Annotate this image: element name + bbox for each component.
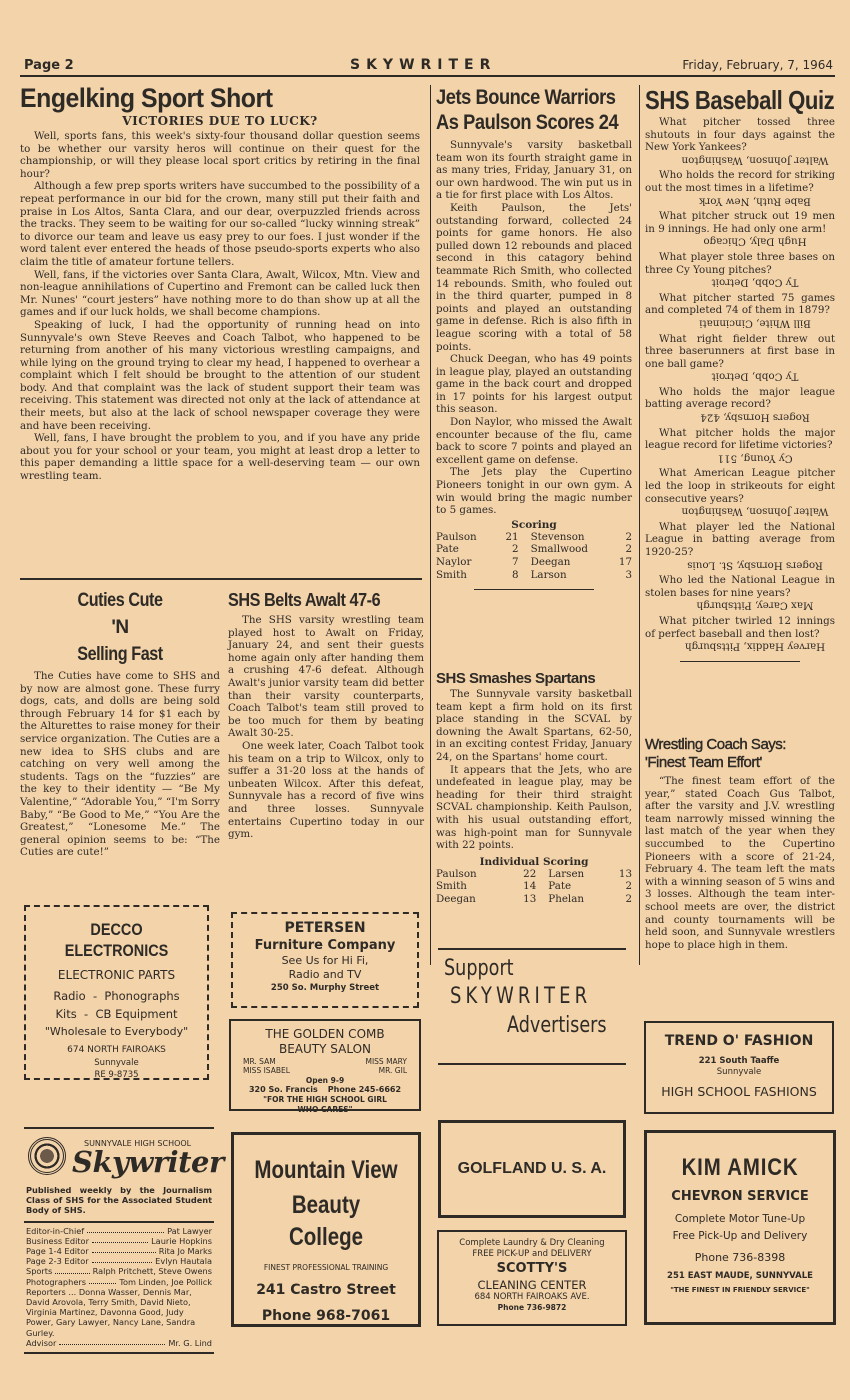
masthead: Page 2 SKYWRITER Friday, February, 7, 19… — [20, 55, 835, 77]
ad-name: SCOTTY'S — [443, 1261, 621, 1277]
headline: Engelking Sport Short — [20, 85, 388, 112]
player-points: 13 — [505, 893, 548, 906]
ad-staff: MR. GIL — [379, 1066, 407, 1075]
player-name: Phelan — [548, 893, 609, 906]
staff-row: Page 2-3 EditorEvlyn Hautala — [26, 1256, 212, 1266]
table-row: Smith8Larson3 — [436, 569, 632, 582]
headline-line-1: Jets Bounce Warriors — [436, 87, 607, 108]
ad-golfland: GOLFLAND U. S. A. — [438, 1120, 626, 1218]
ad-line: FREE PICK-UP and DELIVERY — [443, 1249, 621, 1260]
player-points: 13 — [610, 868, 632, 881]
scoring-title: Individual Scoring — [436, 856, 632, 868]
ad-line: Complete Motor Tune-Up — [651, 1213, 829, 1226]
ad-slogan: WHO CARES" — [235, 1105, 415, 1114]
leader-dots — [55, 1266, 89, 1273]
ad-staff: MISS MARY — [365, 1057, 407, 1066]
staff-role: Editor-in-Chief — [26, 1226, 84, 1236]
player-name: Paulson — [436, 531, 494, 544]
ad-name: BEAUTY SALON — [235, 1042, 415, 1057]
quiz-answer-upside-down: Ty Cobb, Detroit — [645, 370, 835, 383]
advisor-label: Advisor — [26, 1338, 56, 1348]
staff-role: Sports — [26, 1266, 52, 1276]
article-engelking: Engelking Sport Short VICTORIES DUE TO L… — [20, 85, 420, 483]
ad-name: Beauty College — [254, 1190, 398, 1253]
ad-decco-electronics: DECCO ELECTRONICS ELECTRONIC PARTS Radio… — [24, 905, 209, 1080]
divider — [24, 1352, 214, 1354]
scoring-table: Paulson21Stevenson2Pate2Smallwood2Naylor… — [436, 531, 632, 581]
staff-role: Page 2-3 Editor — [26, 1256, 89, 1266]
leader-dots — [92, 1236, 148, 1243]
paragraph: Well, sports fans, this week's sixty-fou… — [20, 130, 420, 180]
article-cuties: Cuties Cute 'N Selling Fast The Cuties h… — [20, 591, 220, 859]
school-seal-icon — [28, 1137, 66, 1175]
player-name: Smith — [436, 569, 494, 582]
support-line-3: Advertisers — [507, 1013, 607, 1038]
ad-address: 684 NORTH FAIROAKS AVE. — [443, 1292, 621, 1303]
player-name: Larson — [531, 569, 614, 582]
quiz-question: What right fielder threw out three baser… — [645, 333, 835, 371]
ad-address: 674 NORTH FAIROAKS — [30, 1045, 203, 1056]
publication-note: Published weekly by the Journalism Class… — [24, 1185, 214, 1216]
headline-line-3: Selling Fast — [35, 645, 205, 664]
scoring-title: Scoring — [436, 519, 632, 531]
quiz-answer-upside-down: Max Carey, Pittsburgh — [645, 599, 835, 612]
ad-scottys-cleaning: Complete Laundry & Dry Cleaning FREE PIC… — [437, 1230, 627, 1326]
leader-dots — [92, 1246, 156, 1253]
quiz-question: What pitcher holds the major league reco… — [645, 427, 835, 452]
ad-city: Sunnyvale — [30, 1058, 203, 1069]
ad-line: ELECTRONIC PARTS — [30, 968, 203, 983]
paragraph: One week later, Coach Talbot took his te… — [228, 740, 424, 841]
ad-address: 251 EAST MAUDE, SUNNYVALE — [651, 1271, 829, 1282]
ad-line: Radio and TV — [237, 968, 413, 982]
quiz-question: What player led the National League in b… — [645, 521, 835, 559]
ad-line: Kits - CB Equipment — [30, 1007, 203, 1021]
ad-golden-comb: THE GOLDEN COMB BEAUTY SALON MR. SAM MIS… — [229, 1019, 421, 1111]
ad-staff: MISS ISABEL — [243, 1066, 290, 1075]
divider — [20, 578, 422, 580]
article-jets: Jets Bounce Warriors As Paulson Scores 2… — [436, 87, 632, 590]
staff-box: SUNNYVALE HIGH SCHOOL Skywriter Publishe… — [24, 1127, 214, 1359]
reporters-label: Reporters — [26, 1287, 66, 1297]
player-points: 14 — [505, 880, 548, 893]
divider — [438, 1063, 626, 1065]
ad-slogan: "FOR THE HIGH SCHOOL GIRL — [235, 1095, 415, 1104]
article-body: “The finest team effort of the year,” st… — [645, 775, 835, 951]
ad-phone: Phone 736-8398 — [651, 1251, 829, 1265]
article-wrestling-coach: Wrestling Coach Says: 'Finest Team Effor… — [645, 737, 835, 951]
quiz-answer-upside-down: Bill White, Cincinnati — [645, 317, 835, 330]
quiz-question: Who led the National League in stolen ba… — [645, 574, 835, 599]
quiz-answer-upside-down: Cy Young, 511 — [645, 452, 835, 465]
ad-name: KIM AMICK — [664, 1153, 815, 1183]
staff-row: MISS ISABEL MR. GIL — [235, 1066, 415, 1075]
quiz-answer-upside-down: Walter Johnson, Washington — [645, 505, 835, 518]
staff-logo-row: SUNNYVALE HIGH SCHOOL Skywriter — [24, 1129, 214, 1185]
support-line-2: SKYWRITER — [450, 984, 591, 1009]
paragraph: The Jets play the Cupertino Pioneers ton… — [436, 466, 632, 516]
table-row: Naylor7Deegan17 — [436, 556, 632, 569]
support-line-1: Support — [444, 956, 514, 981]
headline-line-2: 'N — [20, 618, 220, 637]
player-points: 2 — [610, 893, 632, 906]
ad-phone: Phone 736-9872 — [443, 1303, 621, 1312]
paragraph: Don Naylor, who missed the Awalt encount… — [436, 416, 632, 466]
table-row: Paulson21Stevenson2 — [436, 531, 632, 544]
headline-line-2: 'Finest Team Effort' — [645, 755, 835, 770]
ad-name: Mountain View — [254, 1155, 398, 1186]
player-points: 21 — [494, 531, 530, 544]
paragraph: The Sunnyvale varsity basketball team ke… — [436, 688, 632, 764]
paragraph: Chuck Deegan, who has 49 points in leagu… — [436, 353, 632, 416]
paragraph: Well, fans, I have brought the problem t… — [20, 432, 420, 482]
paragraph: “The finest team effort of the year,” st… — [645, 775, 835, 951]
staff-list: Editor-in-ChiefPat LawyerBusiness Editor… — [24, 1226, 214, 1287]
ad-address: 250 So. Murphy Street — [237, 983, 413, 994]
staff-row: Page 1-4 EditorRita Jo Marks — [26, 1246, 212, 1256]
quiz-question: What pitcher twirled 12 innings of perfe… — [645, 615, 835, 640]
quiz-list: What pitcher tossed three shutouts in fo… — [645, 116, 835, 653]
player-points: 22 — [505, 868, 548, 881]
ad-petersen-furniture: PETERSEN Furniture Company See Us for Hi… — [231, 912, 419, 1008]
article-belts-awalt: SHS Belts Awalt 47-6 The SHS varsity wre… — [228, 591, 424, 841]
player-name: Paulson — [436, 868, 505, 881]
table-row: Paulson22Larsen13 — [436, 868, 632, 881]
ad-phone: Phone 245-6662 — [328, 1085, 401, 1095]
staff-name: Laurie Hopkins — [151, 1236, 212, 1246]
headline-line-2: As Paulson Scores 24 — [436, 112, 607, 133]
subhead: VICTORIES DUE TO LUCK? — [20, 114, 420, 128]
ad-name: CLEANING CENTER — [443, 1278, 621, 1292]
player-name: Pate — [548, 880, 609, 893]
paragraph: It appears that the Jets, who are undefe… — [436, 764, 632, 852]
ad-phone: Phone 968-7061 — [238, 1308, 414, 1326]
issue-date: Friday, February, 7, 1964 — [682, 58, 833, 72]
staff-role: Business Editor — [26, 1236, 89, 1246]
player-name: Pate — [436, 543, 494, 556]
divider — [680, 661, 800, 662]
player-points: 2 — [613, 543, 632, 556]
player-points: 7 — [494, 556, 530, 569]
player-points: 17 — [613, 556, 632, 569]
ad-name: THE GOLDEN COMB — [235, 1027, 415, 1042]
article-body: The Sunnyvale varsity basketball team ke… — [436, 688, 632, 852]
ad-name: TREND O' FASHION — [650, 1033, 828, 1051]
scoring-table: Paulson22Larsen13Smith14Pate2Deegan13Phe… — [436, 868, 632, 906]
leader-dots — [92, 1256, 153, 1263]
column-divider — [639, 85, 640, 965]
quiz-question: What player stole three bases on three C… — [645, 251, 835, 276]
table-row: Deegan13Phelan2 — [436, 893, 632, 906]
player-points: 2 — [613, 531, 632, 544]
player-points: 2 — [494, 543, 530, 556]
player-name: Deegan — [531, 556, 614, 569]
player-name: Smith — [436, 880, 505, 893]
article-body: The SHS varsity wrestling team played ho… — [228, 614, 424, 841]
player-name: Stevenson — [531, 531, 614, 544]
quiz-question: What pitcher struck out 19 men in 9 inni… — [645, 210, 835, 235]
divider — [474, 589, 594, 590]
article-spartans: SHS Smashes Spartans The Sunnyvale varsi… — [436, 671, 632, 906]
ad-line: CHEVRON SERVICE — [651, 1189, 829, 1205]
quiz-question: What pitcher tossed three shutouts in fo… — [645, 116, 835, 154]
quiz-question: Who holds the major league batting avera… — [645, 386, 835, 411]
ad-line: Furniture Company — [237, 938, 413, 954]
paragraph: Keith Paulson, the Jets' outstanding for… — [436, 202, 632, 353]
staff-name: Pat Lawyer — [167, 1226, 212, 1236]
ad-name: PETERSEN — [237, 920, 413, 938]
paragraph: The SHS varsity wrestling team played ho… — [228, 614, 424, 740]
ad-address: 221 South Taaffe — [650, 1056, 828, 1067]
staff-name: Rita Jo Marks — [159, 1246, 212, 1256]
advisor-name: Mr. G. Lind — [168, 1338, 212, 1348]
quiz-answer-upside-down: Walter Johnson, Washington — [645, 154, 835, 167]
leader-dots — [87, 1226, 164, 1233]
staff-name: Ralph Pritchett, Steve Owens — [93, 1266, 212, 1276]
quiz-answer-upside-down: Ty Cobb, Detroit — [645, 276, 835, 289]
paper-title: SKYWRITER — [350, 57, 496, 73]
ad-address: 241 Castro Street — [238, 1282, 414, 1300]
quiz-question: What pitcher started 75 games and comple… — [645, 292, 835, 317]
ad-name: GOLFLAND U. S. A. — [445, 1159, 619, 1179]
staff-name: Tom Linden, Joe Pollick — [119, 1277, 212, 1287]
player-name: Deegan — [436, 893, 505, 906]
leader-dots — [89, 1277, 116, 1284]
ad-hours: Open 9-9 — [235, 1076, 415, 1085]
player-points: 2 — [610, 880, 632, 893]
staff-name: Evlyn Hautala — [155, 1256, 212, 1266]
paragraph: The Cuties have come to SHS and by now a… — [20, 670, 220, 859]
staff-role: Photographers — [26, 1277, 86, 1287]
ad-line: Radio - Phonographs — [30, 989, 203, 1003]
newspaper-page: Page 2 SKYWRITER Friday, February, 7, 19… — [20, 55, 835, 1355]
paragraph: Well, fans, if the victories over Santa … — [20, 269, 420, 319]
paragraph: Sunnyvale's varsity basketball team won … — [436, 139, 632, 202]
article-body: The Cuties have come to SHS and by now a… — [20, 670, 220, 859]
address-row: 320 So. Francis Phone 245-6662 — [235, 1085, 415, 1095]
player-points: 3 — [613, 569, 632, 582]
article-body: Well, sports fans, this week's sixty-fou… — [20, 130, 420, 483]
ad-line: FINEST PROFESSIONAL TRAINING — [238, 1263, 414, 1272]
player-name: Larsen — [548, 868, 609, 881]
table-row: Pate2Smallwood2 — [436, 543, 632, 556]
advisor-row: Advisor Mr. G. Lind — [24, 1338, 214, 1348]
ad-mountain-view-beauty-college: Mountain View Beauty College FINEST PROF… — [231, 1132, 421, 1327]
ad-tagline: HIGH SCHOOL FASHIONS — [650, 1084, 828, 1100]
support-advertisers-notice: Support SKYWRITER Advertisers — [442, 948, 628, 1048]
ad-staff: MR. SAM — [243, 1057, 276, 1066]
ad-line: Complete Laundry & Dry Cleaning — [443, 1238, 621, 1249]
staff-row: Editor-in-ChiefPat Lawyer — [26, 1226, 212, 1236]
ad-phone: RE 9-8735 — [30, 1070, 203, 1081]
headline: SHS Baseball Quiz — [645, 87, 807, 113]
headline: SHS Smashes Spartans — [436, 671, 632, 686]
table-row: Smith14Pate2 — [436, 880, 632, 893]
quiz-answer-upside-down: Rogers Hornsby, 424 — [645, 411, 835, 424]
ad-line: Free Pick-Up and Delivery — [651, 1230, 829, 1243]
staff-role: Page 1-4 Editor — [26, 1246, 89, 1256]
ad-name: DECCO ELECTRONICS — [43, 919, 190, 962]
ad-slogan: "THE FINEST IN FRIENDLY SERVICE" — [651, 1286, 829, 1295]
skywriter-logo: Skywriter — [72, 1145, 224, 1179]
player-name: Smallwood — [531, 543, 614, 556]
leader-dots — [59, 1338, 165, 1345]
ad-trend-o-fashion: TREND O' FASHION 221 South Taaffe Sunnyv… — [644, 1021, 834, 1114]
quiz-question: What American League pitcher led the loo… — [645, 467, 835, 505]
ad-line: See Us for Hi Fi, — [237, 954, 413, 968]
headline-line-1: Cuties Cute — [35, 591, 205, 610]
divider — [24, 1221, 214, 1223]
quiz-answer-upside-down: Rogers Hornsby, St. Louis — [645, 559, 835, 572]
staff-row: SportsRalph Pritchett, Steve Owens — [26, 1266, 212, 1276]
ad-line: "Wholesale to Everybody" — [30, 1025, 203, 1039]
headline: SHS Belts Awalt 47-6 — [228, 591, 404, 609]
ad-address: 320 So. Francis — [249, 1085, 318, 1095]
quiz-answer-upside-down: Hugh Daly, Chicago — [645, 235, 835, 248]
staff-row: MR. SAM MISS MARY — [235, 1057, 415, 1066]
reporters: Reporters ... Donna Wasser, Dennis Mar, … — [24, 1287, 214, 1338]
ad-kim-amick-chevron: KIM AMICK CHEVRON SERVICE Complete Motor… — [644, 1130, 836, 1325]
staff-row: Business EditorLaurie Hopkins — [26, 1236, 212, 1246]
quiz-answer-upside-down: Babe Ruth, New York — [645, 195, 835, 208]
page-number: Page 2 — [24, 58, 74, 73]
paragraph: Although a few prep sports writers have … — [20, 180, 420, 268]
article-body: Sunnyvale's varsity basketball team won … — [436, 139, 632, 517]
staff-row: PhotographersTom Linden, Joe Pollick — [26, 1277, 212, 1287]
paragraph: Speaking of luck, I had the opportunity … — [20, 319, 420, 432]
player-points: 8 — [494, 569, 530, 582]
ad-city: Sunnyvale — [650, 1067, 828, 1078]
quiz-question: Who holds the record for striking out th… — [645, 169, 835, 194]
quiz-answer-upside-down: Harvey Haddix, Pittsburgh — [645, 640, 835, 653]
article-baseball-quiz: SHS Baseball Quiz What pitcher tossed th… — [645, 87, 835, 662]
column-divider — [430, 85, 431, 965]
player-name: Naylor — [436, 556, 494, 569]
headline-line-1: Wrestling Coach Says: — [645, 737, 835, 752]
